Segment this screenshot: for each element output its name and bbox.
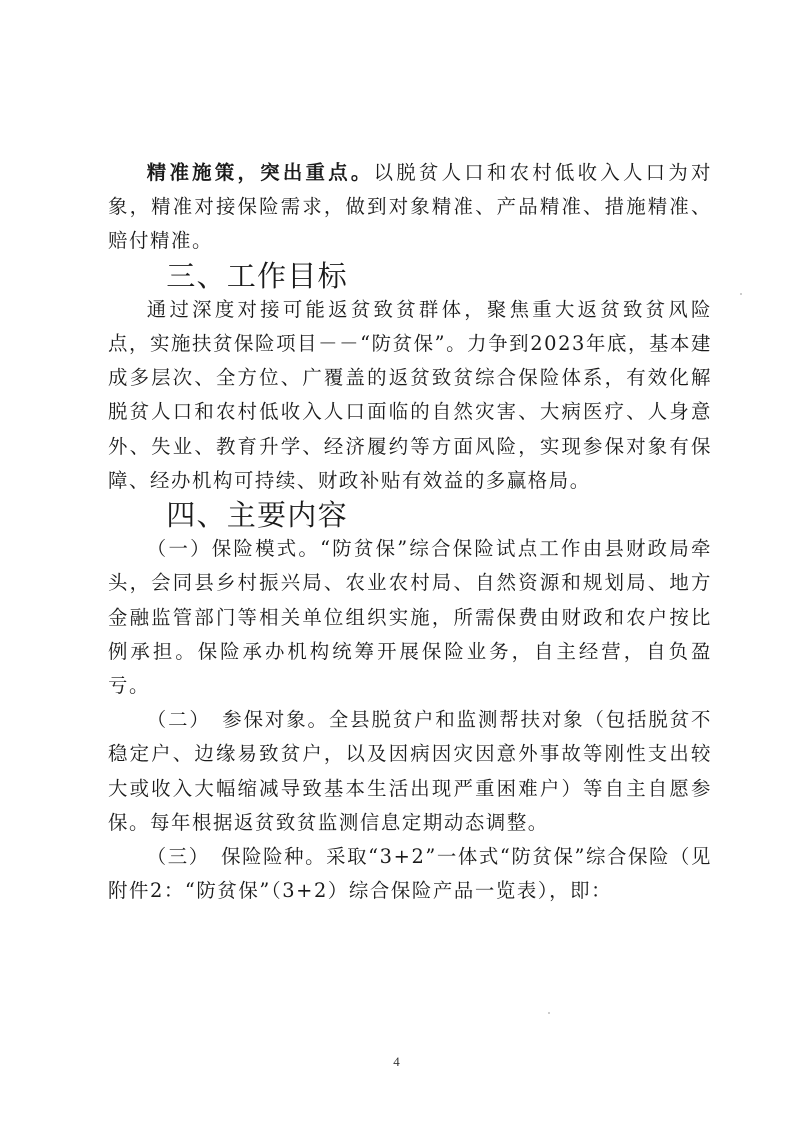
paragraph-insured-objects: （二） 参保对象。全县脱贫户和监测帮扶对象（包括脱贫不稳定户、边缘易致贫户，以及… [108, 703, 712, 840]
section-heading-work-goals: 三、工作目标 [108, 259, 712, 293]
page-number: 4 [0, 1054, 793, 1070]
paragraph-insurance-types: （三） 保险险种。采取“3+2”一体式“防贫保”综合保险（见附件2：“防贫保”（… [108, 840, 712, 908]
paragraph-lead: （一）保险模式。 [147, 537, 320, 560]
document-page: 精准施策，突出重点。以脱贫人口和农村低收入人口为对象，精准对接保险需求，做到对象… [0, 0, 793, 1122]
paragraph-precise-policy: 精准施策，突出重点。以脱贫人口和农村低收入人口为对象，精准对接保险需求，做到对象… [108, 156, 712, 259]
document-body: 精准施策，突出重点。以脱贫人口和农村低收入人口为对象，精准对接保险需求，做到对象… [108, 156, 712, 908]
paragraph-lead: （三） 保险险种。 [147, 845, 326, 868]
paragraph-text: “防贫保”综合保险试点工作由县财政局牵头，会同县乡村振兴局、农业农村局、自然资源… [108, 537, 712, 697]
section-heading-main-content: 四、主要内容 [108, 498, 712, 532]
scan-speck [740, 293, 742, 295]
paragraph-text: 通过深度对接可能返贫致贫群体，聚焦重大返贫致贫风险点，实施扶贫保险项目－－“防贫… [108, 298, 712, 492]
paragraph-work-goals: 通过深度对接可能返贫致贫群体，聚焦重大返贫致贫风险点，实施扶贫保险项目－－“防贫… [108, 293, 712, 498]
paragraph-insurance-mode: （一）保险模式。“防贫保”综合保险试点工作由县财政局牵头，会同县乡村振兴局、农业… [108, 532, 712, 703]
paragraph-lead: （二） 参保对象。 [147, 708, 329, 731]
paragraph-lead: 精准施策，突出重点。 [147, 161, 374, 184]
scan-speck [548, 1012, 550, 1014]
